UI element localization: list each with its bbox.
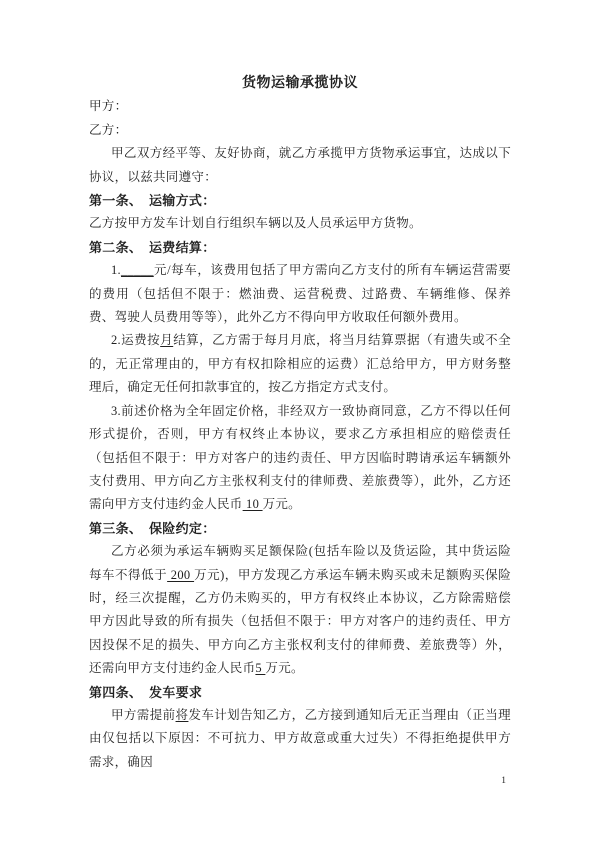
- clause-3-text-post: 万元。: [265, 661, 303, 675]
- item-3-text-post: 万元。: [263, 497, 301, 511]
- item-2-text-pre: 2.运费按: [111, 333, 160, 347]
- clause-4-heading: 第四条、 发车要求: [89, 681, 511, 704]
- document-page: 货物运输承揽协议 甲方： 乙方： 甲乙双方经平等、友好协商，就乙方承揽甲方货物承…: [0, 0, 595, 841]
- underlined-insurance-amount-200: 200: [167, 568, 194, 582]
- party-b-line: 乙方：: [89, 119, 511, 142]
- page-number: 1: [501, 775, 506, 787]
- document-title: 货物运输承揽协议: [89, 72, 511, 95]
- clause-4-text-pre: 甲方需提前: [111, 708, 176, 722]
- clause-2-item-1: 1._____元/每车，该费用包括了甲方需向乙方支付的所有车辆运营需要的费用（包…: [89, 259, 511, 329]
- party-a-line: 甲方：: [89, 95, 511, 118]
- clause-2-heading: 第二条、 运费结算：: [89, 236, 511, 259]
- preamble: 甲乙双方经平等、友好协商，就乙方承揽甲方货物承运事宜，达成以下协议，以兹共同遵守…: [89, 142, 511, 189]
- underlined-jiang: 将: [176, 708, 189, 722]
- underlined-month: 月: [160, 333, 173, 347]
- underlined-penalty-amount-10: 10: [243, 497, 263, 511]
- clause-1-body: 乙方按甲方发车计划自行组织车辆以及人员承运甲方货物。: [89, 212, 511, 235]
- clause-3-body: 乙方必须为承运车辆购买足额保险(包括车险以及货运险，其中货运险每车不得低于 20…: [89, 540, 511, 680]
- clause-1-heading: 第一条、 运输方式：: [89, 189, 511, 212]
- item-3-text-pre: 3.前述价格为全年固定价格，非经双方一致协商同意，乙方不得以任何形式提价，否则，…: [89, 404, 511, 512]
- clause-4-body: 甲方需提前将发车计划告知乙方，乙方接到通知后无正当理由（正当理由仅包括以下原因：…: [89, 704, 511, 774]
- clause-3-text-mid: 万元)，甲方发现乙方承运车辆未购买或未足额购买保险时，经三次提醒，乙方仍未购买的…: [89, 568, 511, 676]
- clause-2-item-2: 2.运费按月结算，乙方需于每月月底，将当月结算票据（有遗失或不全的，无正常理由的…: [89, 329, 511, 399]
- item-1-number: 1.: [111, 263, 121, 277]
- clause-3-heading: 第三条、 保险约定：: [89, 517, 511, 540]
- fill-in-blank: _____: [121, 263, 154, 277]
- clause-2-item-3: 3.前述价格为全年固定价格，非经双方一致协商同意，乙方不得以任何形式提价，否则，…: [89, 400, 511, 517]
- underlined-penalty-amount-5: 5: [255, 661, 265, 675]
